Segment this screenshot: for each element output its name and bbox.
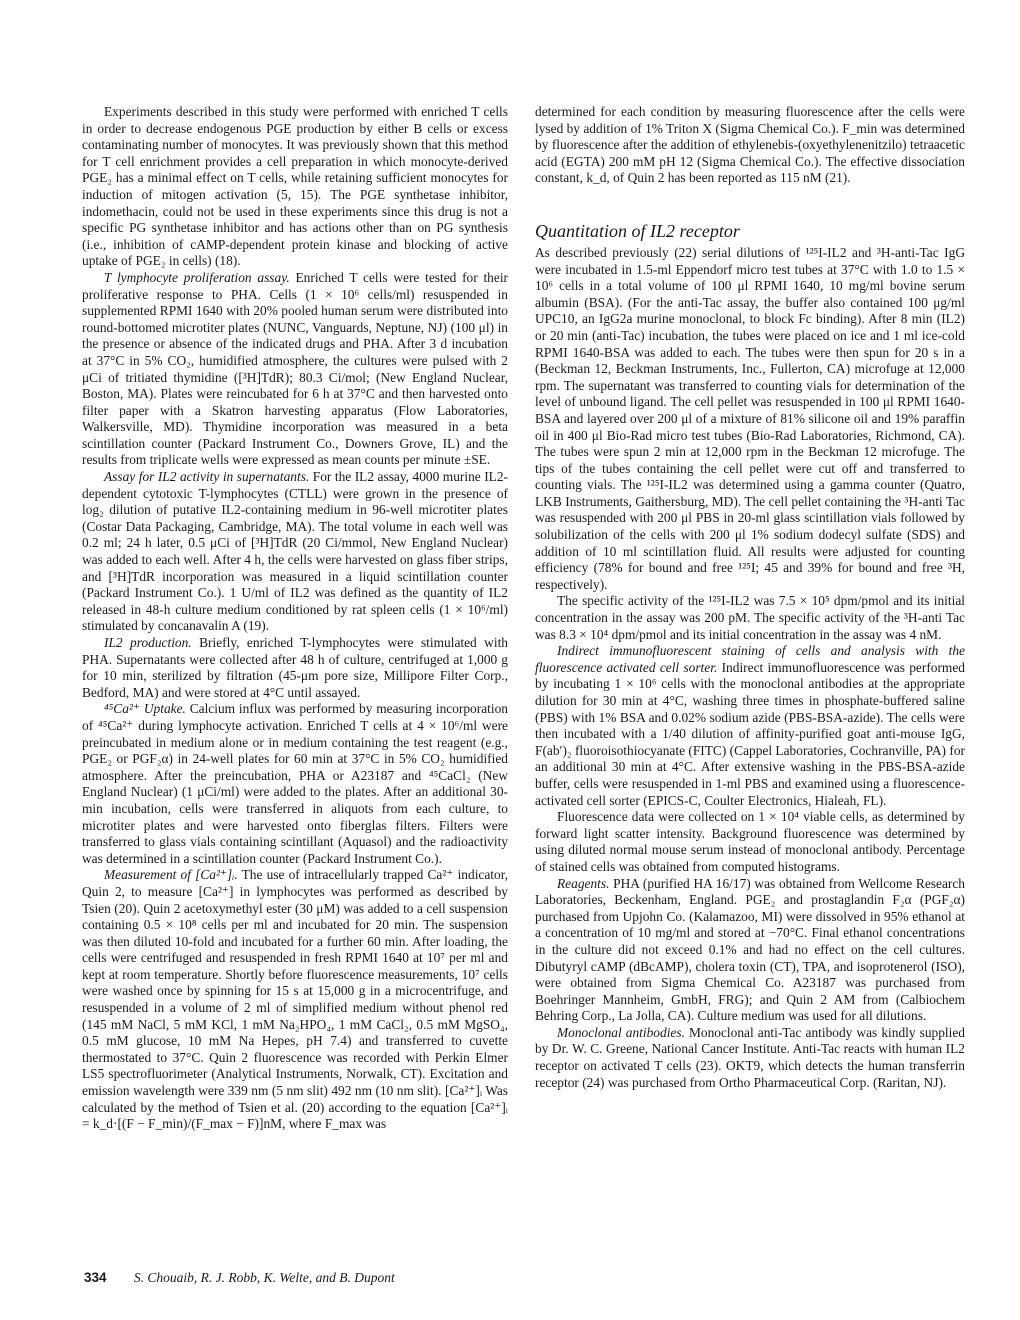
- page-number: 334: [84, 1270, 107, 1285]
- runin-heading: ⁴⁵Ca²⁺ Uptake.: [104, 701, 186, 716]
- paragraph-continued: determined for each condition by measuri…: [535, 104, 965, 187]
- section-title: Quantitation of IL2 receptor: [535, 220, 965, 242]
- runin-heading: T lymphocyte proliferation assay.: [104, 270, 290, 285]
- runin-heading: Measurement of [Ca²⁺]ᵢ.: [104, 867, 238, 882]
- paragraph-fluorescence-data: Fluorescence data were collected on 1 × …: [535, 809, 965, 875]
- runin-heading: Monoclonal antibodies.: [557, 1025, 685, 1040]
- paragraph-immunofluorescence: Indirect immunofluorescent staining of c…: [535, 643, 965, 809]
- left-column: Experiments described in this study were…: [82, 104, 508, 1133]
- paragraph-monoclonal-antibodies: Monoclonal antibodies. Monoclonal anti-T…: [535, 1025, 965, 1091]
- paragraph-receptor-quantitation: As described previously (22) serial dilu…: [535, 245, 965, 593]
- runin-heading: Reagents.: [557, 876, 609, 891]
- paragraph-il2-production: IL2 production. Briefly, enriched T-lymp…: [82, 635, 508, 701]
- right-column: determined for each condition by measuri…: [535, 104, 965, 1091]
- runin-heading: IL2 production.: [104, 635, 192, 650]
- paragraph-intro: Experiments described in this study were…: [82, 104, 508, 270]
- paragraph-calcium-uptake: ⁴⁵Ca²⁺ Uptake. Calcium influx was perfor…: [82, 701, 508, 867]
- page-footer: 334 S. Chouaib, R. J. Robb, K. Welte, an…: [84, 1270, 395, 1286]
- runin-heading: Assay for IL2 activity in supernatants.: [104, 469, 309, 484]
- paragraph-calcium-measurement: Measurement of [Ca²⁺]ᵢ. The use of intra…: [82, 867, 508, 1133]
- paragraph-proliferation-assay: T lymphocyte proliferation assay. Enrich…: [82, 270, 508, 469]
- paragraph-specific-activity: The specific activity of the ¹²⁵I-IL2 wa…: [535, 593, 965, 643]
- paragraph-reagents: Reagents. PHA (purified HA 16/17) was ob…: [535, 876, 965, 1025]
- paragraph-il2-assay: Assay for IL2 activity in supernatants. …: [82, 469, 508, 635]
- running-authors: S. Chouaib, R. J. Robb, K. Welte, and B.…: [134, 1270, 395, 1285]
